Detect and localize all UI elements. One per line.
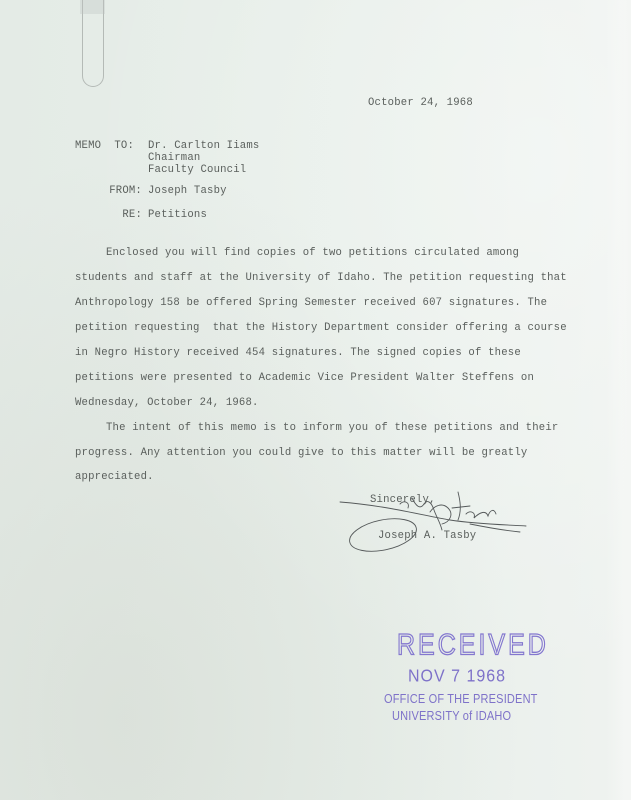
memo-date: October 24, 1968 — [368, 98, 473, 109]
body-line: petition requesting that the History Dep… — [75, 323, 567, 334]
body-line: appreciated. — [75, 472, 154, 483]
body-line: in Negro History received 454 signatures… — [75, 348, 521, 359]
memo-to-recipient: Dr. Carlton Iiams — [148, 141, 259, 152]
memo-to-label: MEMO TO: — [75, 141, 153, 152]
signature-block: Sincerely, Joseph A. Tasby — [330, 480, 540, 570]
paperclip-mark-icon — [82, 0, 104, 87]
memo-from-value: Joseph Tasby — [148, 186, 227, 197]
body-line: Wednesday, October 24, 1968. — [75, 398, 259, 409]
body-line: students and staff at the University of … — [75, 273, 567, 284]
memo-from-label: FROM: — [72, 186, 142, 197]
body-line: progress. Any attention you could give t… — [75, 448, 527, 459]
handwritten-signature-icon — [330, 480, 540, 570]
scanned-memo-page: October 24, 1968 MEMO TO: Dr. Carlton Ii… — [0, 0, 631, 800]
body-line: Anthropology 158 be offered Spring Semes… — [75, 298, 547, 309]
memo-re-value: Petitions — [148, 210, 207, 221]
paper-edge — [617, 0, 631, 800]
memo-to-title: Chairman — [148, 153, 200, 164]
received-stamp-title: RECEIVED — [397, 628, 549, 663]
body-line: Enclosed you will find copies of two pet… — [106, 248, 519, 259]
received-stamp-university: UNIVERSITY of IDAHO — [392, 709, 511, 723]
memo-re-label: RE: — [72, 210, 142, 221]
body-line: petitions were presented to Academic Vic… — [75, 373, 534, 384]
received-stamp-office: OFFICE OF THE PRESIDENT — [384, 692, 538, 706]
body-line: The intent of this memo is to inform you… — [106, 423, 558, 434]
received-stamp-date: NOV 7 1968 — [408, 667, 506, 687]
memo-to-organization: Faculty Council — [148, 165, 246, 176]
